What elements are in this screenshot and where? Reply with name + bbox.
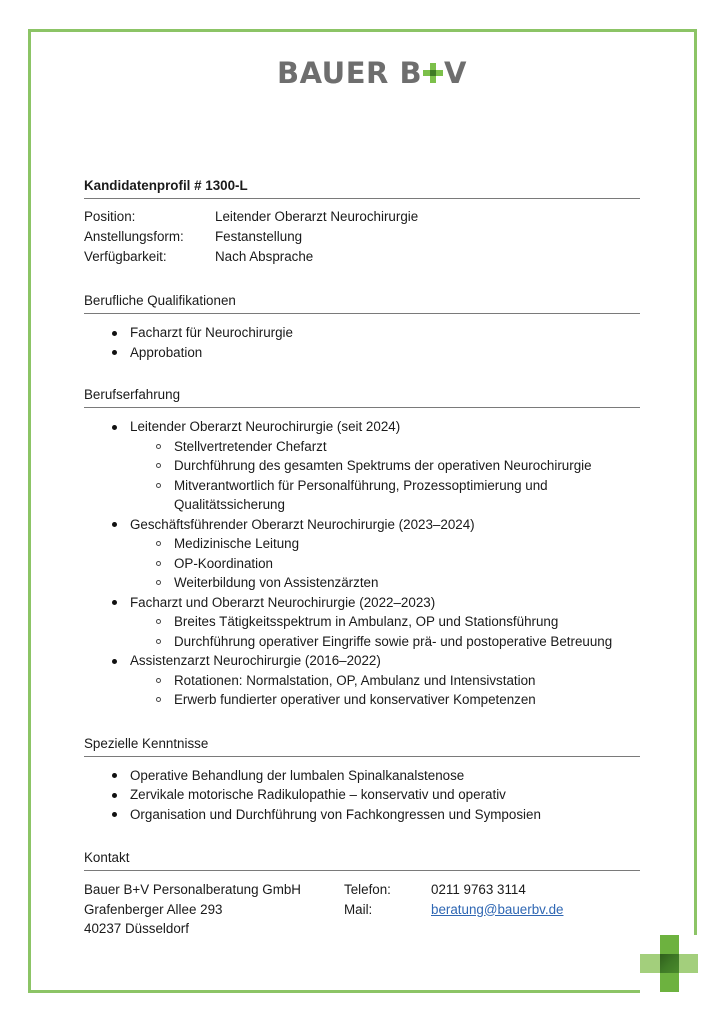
qualification-item: Approbation: [84, 343, 640, 363]
profile-fields: Position:Leitender Oberarzt Neurochirurg…: [84, 207, 640, 267]
experience-item: Facharzt und Oberarzt Neurochirurgie (20…: [84, 593, 640, 652]
experience-list: Leitender Oberarzt Neurochirurgie (seit …: [84, 417, 640, 710]
page-frame-right: [694, 29, 697, 935]
experience-details: Rotationen: Normalstation, OP, Ambulanz …: [130, 671, 640, 710]
skill-item: Operative Behandlung der lumbalen Spinal…: [84, 766, 640, 786]
email-link[interactable]: beratung@bauerbv.de: [431, 902, 563, 917]
page-frame-top: [28, 29, 697, 32]
company-logo: BAUER B V: [277, 56, 467, 90]
experience-detail: Weiterbildung von Assistenzärzten: [130, 573, 640, 593]
experience-detail: Medizinische Leitung: [130, 534, 640, 554]
experience-detail: Durchführung operativer Eingriffe sowie …: [130, 632, 640, 652]
document-body: Kandidatenprofil # 1300-L Position:Leite…: [84, 176, 640, 939]
experience-item: Assistenzarzt Neurochirurgie (2016–2022)…: [84, 651, 640, 710]
contact-address: Bauer B+V Personalberatung GmbH Grafenbe…: [84, 880, 344, 939]
phone-number: 0211 9763 3114: [431, 880, 563, 900]
profile-field-row: Verfügbarkeit:Nach Absprache: [84, 247, 640, 267]
experience-detail: Rotationen: Normalstation, OP, Ambulanz …: [130, 671, 640, 691]
experience-detail: Erwerb fundierter operativer und konserv…: [130, 690, 640, 710]
skill-item: Organisation und Durchführung von Fachko…: [84, 805, 640, 825]
experience-item: Leitender Oberarzt Neurochirurgie (seit …: [84, 417, 640, 515]
field-value: Nach Absprache: [215, 247, 313, 267]
contact-block: Bauer B+V Personalberatung GmbH Grafenbe…: [84, 880, 640, 939]
logo-text-right: V: [444, 56, 467, 90]
company-name: Bauer B+V Personalberatung GmbH: [84, 880, 344, 900]
contact-heading: Kontakt: [84, 848, 640, 868]
phone-label: Telefon:: [344, 880, 431, 900]
street-address: Grafenberger Allee 293: [84, 900, 344, 920]
experience-heading: Berufserfahrung: [84, 385, 640, 405]
experience-detail: Stellvertretender Chefarzt: [130, 437, 640, 457]
skills-heading: Spezielle Kenntnisse: [84, 734, 640, 754]
experience-details: Stellvertretender ChefarztDurchführung d…: [130, 437, 640, 515]
experience-details: Breites Tätigkeitsspektrum in Ambulanz, …: [130, 612, 640, 651]
profile-field-row: Position:Leitender Oberarzt Neurochirurg…: [84, 207, 640, 227]
contact-labels: Telefon: Mail:: [344, 880, 431, 939]
skills-list: Operative Behandlung der lumbalen Spinal…: [84, 766, 640, 825]
field-label: Anstellungsform:: [84, 227, 215, 247]
experience-detail: Breites Tätigkeitsspektrum in Ambulanz, …: [130, 612, 640, 632]
page-frame-bottom: [28, 990, 640, 993]
qualifications-heading: Berufliche Qualifikationen: [84, 291, 640, 311]
experience-title: Leitender Oberarzt Neurochirurgie (seit …: [130, 417, 640, 437]
plus-icon: [423, 63, 443, 83]
experience-details: Medizinische LeitungOP-KoordinationWeite…: [130, 534, 640, 593]
experience-title: Facharzt und Oberarzt Neurochirurgie (20…: [130, 593, 640, 613]
field-label: Verfügbarkeit:: [84, 247, 215, 267]
logo-text-left: BAUER B: [277, 56, 422, 90]
mail-label: Mail:: [344, 900, 431, 920]
field-value: Festanstellung: [215, 227, 302, 247]
contact-values: 0211 9763 3114 beratung@bauerbv.de: [431, 880, 563, 939]
field-value: Leitender Oberarzt Neurochirurgie: [215, 207, 418, 227]
experience-detail: Mitverantwortlich für Personalführung, P…: [130, 476, 640, 515]
experience-item: Geschäftsführender Oberarzt Neurochirurg…: [84, 515, 640, 593]
experience-title: Assistenzarzt Neurochirurgie (2016–2022): [130, 651, 640, 671]
qualification-item: Facharzt für Neurochirurgie: [84, 323, 640, 343]
skill-item: Zervikale motorische Radikulopathie – ko…: [84, 785, 640, 805]
profile-field-row: Anstellungsform:Festanstellung: [84, 227, 640, 247]
page-frame-left: [28, 29, 31, 993]
profile-title: Kandidatenprofil # 1300-L: [84, 176, 640, 196]
qualifications-list: Facharzt für NeurochirurgieApprobation: [84, 323, 640, 362]
field-label: Position:: [84, 207, 215, 227]
city-address: 40237 Düsseldorf: [84, 919, 344, 939]
experience-detail: OP-Koordination: [130, 554, 640, 574]
experience-detail: Durchführung des gesamten Spektrums der …: [130, 456, 640, 476]
experience-title: Geschäftsführender Oberarzt Neurochirurg…: [130, 515, 640, 535]
